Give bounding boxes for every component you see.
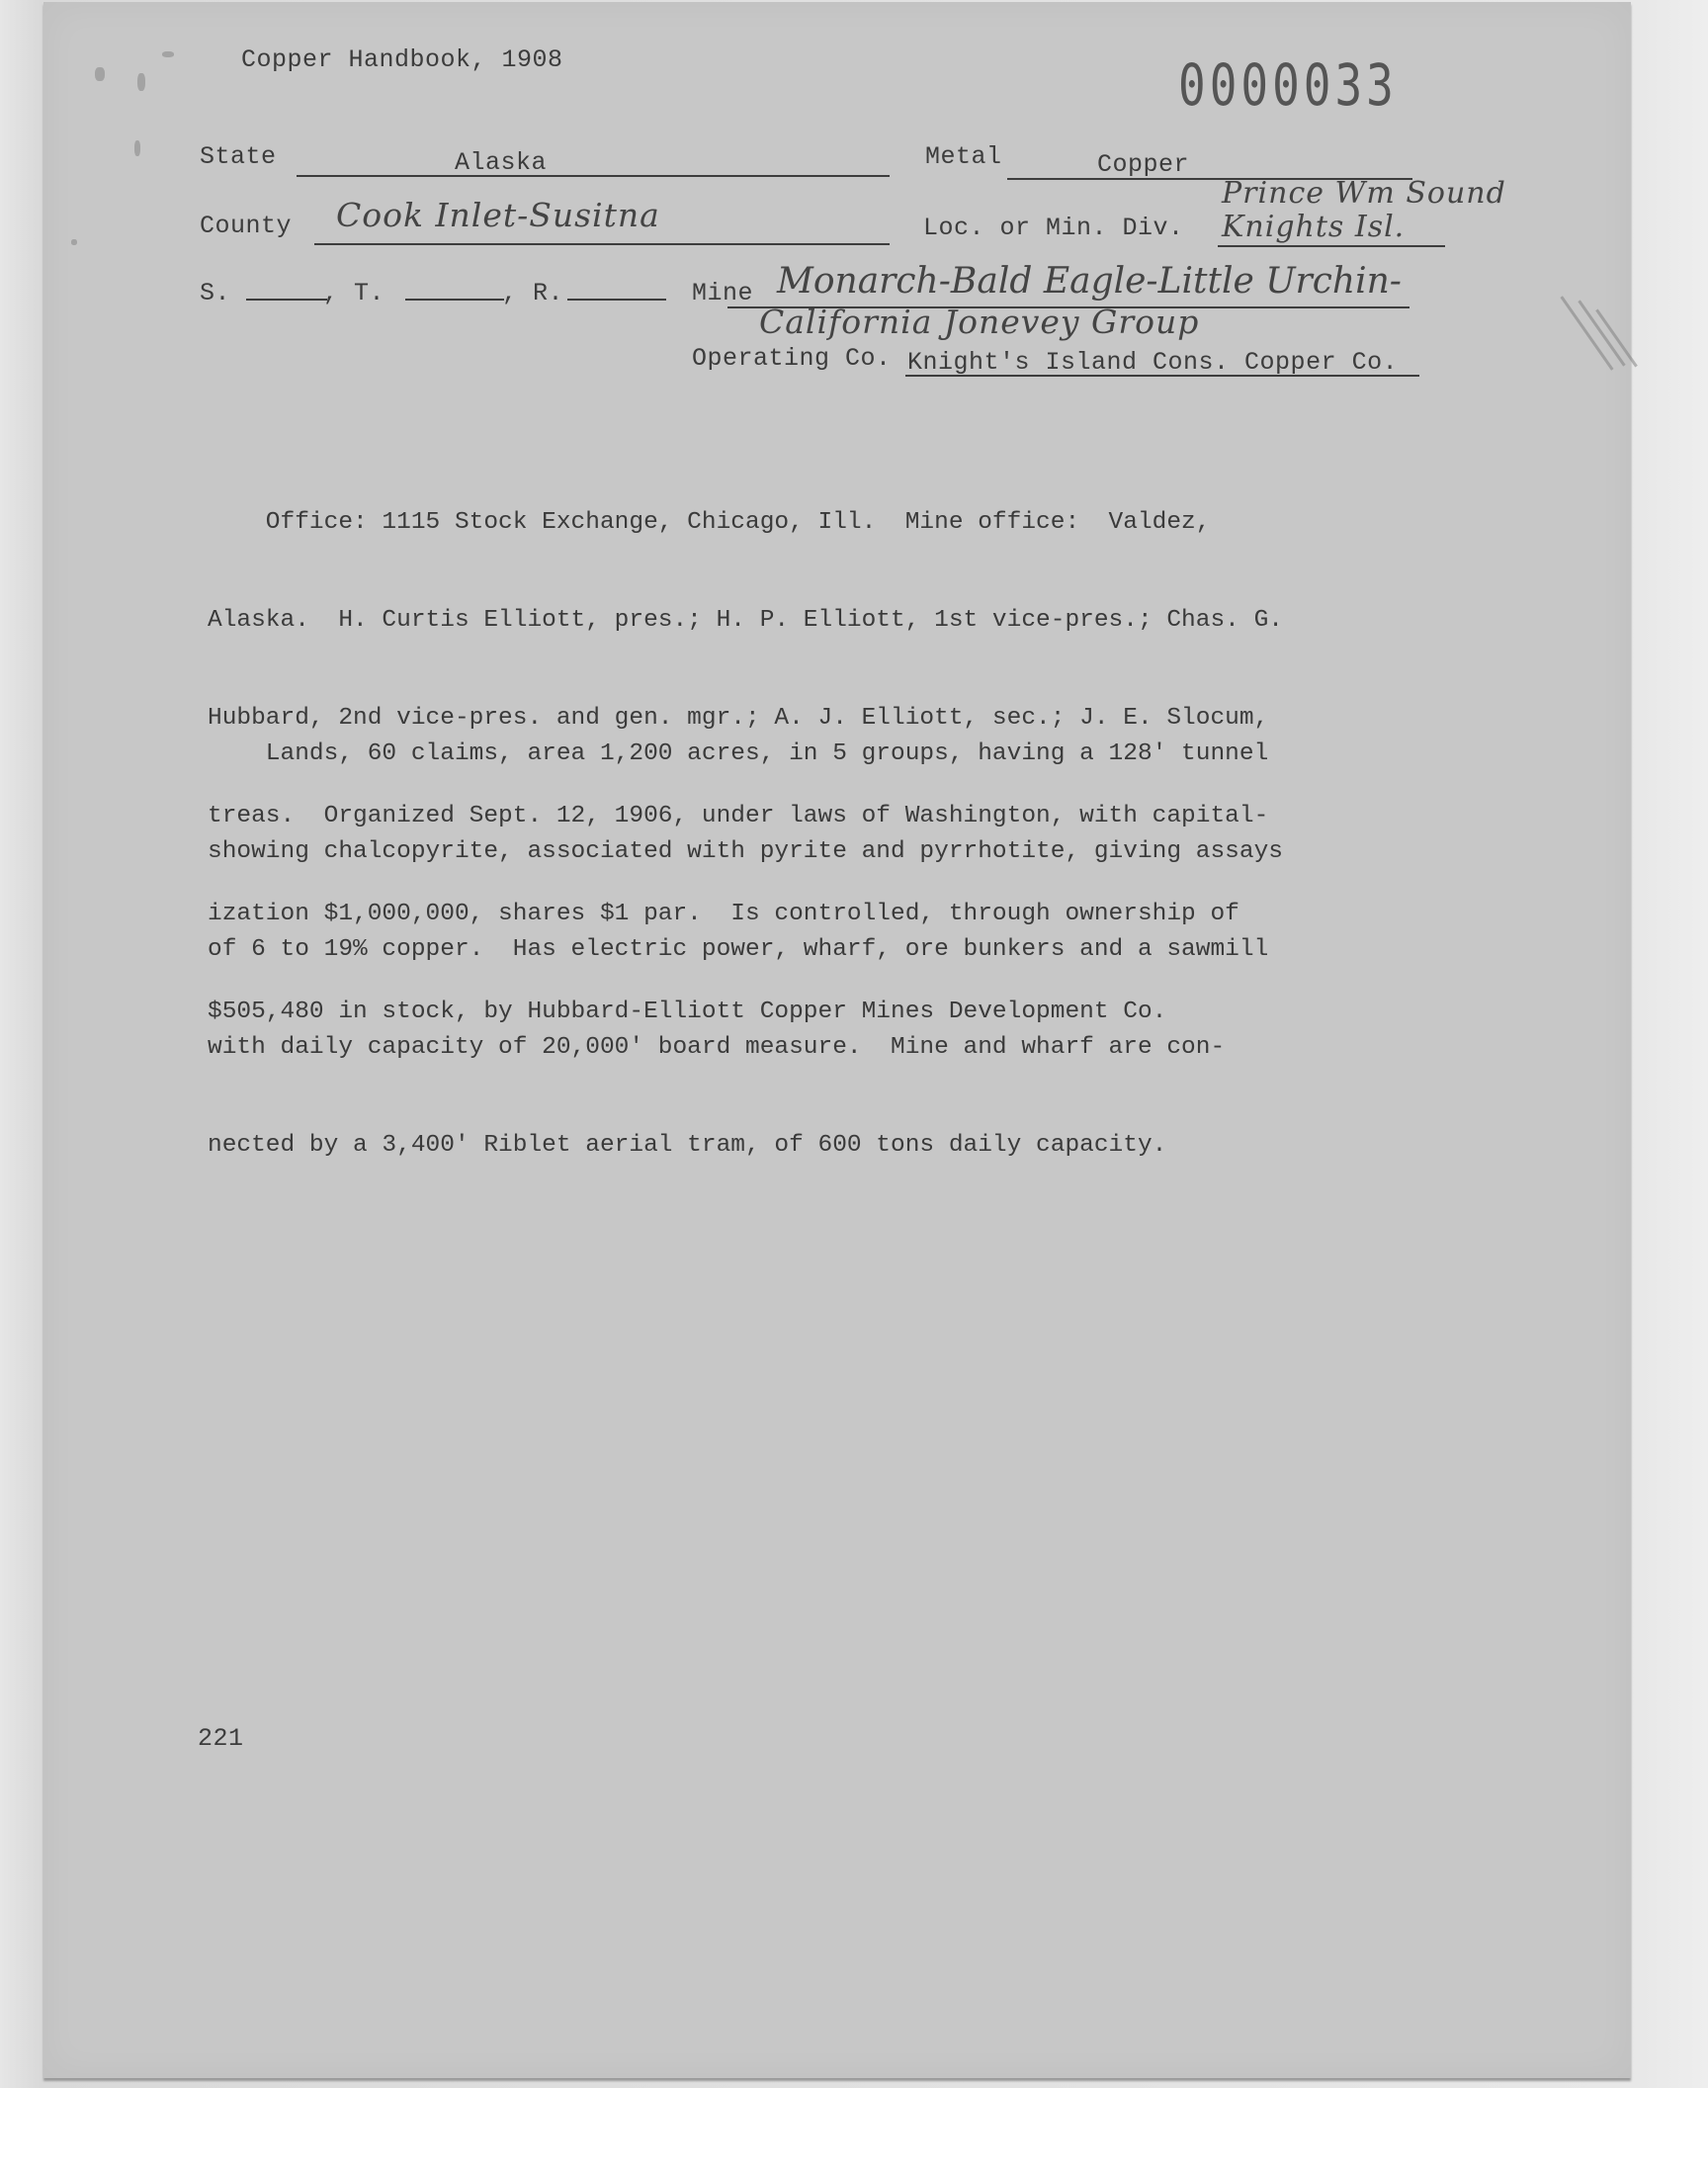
paper-damage-mark <box>162 51 174 57</box>
metal-value: Copper <box>1097 150 1189 179</box>
range-underline <box>567 299 666 301</box>
township-label: , T. <box>323 279 384 307</box>
paper-damage-mark <box>137 73 145 91</box>
state-underline <box>297 175 890 177</box>
operating-company-value: Knight's Island Cons. Copper Co. <box>907 348 1398 377</box>
county-label: County <box>200 212 292 240</box>
location-label: Loc. or Min. Div. <box>923 214 1184 242</box>
section-label: S. <box>200 279 230 307</box>
property-details-paragraph: Lands, 60 claims, area 1,200 acres, in 5… <box>208 672 1433 1227</box>
section-underline <box>246 299 327 301</box>
paragraph-line: nected by a 3,400' Riblet aerial tram, o… <box>208 1129 1433 1162</box>
pencil-streak <box>1560 296 1613 370</box>
document-number-stamp: 0000033 <box>1178 51 1398 119</box>
mine-value-line2: California Jonevey Group <box>759 303 1199 341</box>
paragraph-line: Lands, 60 claims, area 1,200 acres, in 5… <box>208 738 1433 770</box>
location-underline <box>1218 245 1445 247</box>
source-title: Copper Handbook, 1908 <box>241 45 563 74</box>
paper-damage-mark <box>95 67 105 81</box>
paragraph-line: showing chalcopyrite, associated with py… <box>208 835 1433 868</box>
paper-damage-mark <box>71 239 77 245</box>
township-underline <box>405 299 504 301</box>
state-value: Alaska <box>455 148 547 177</box>
operating-company-label: Operating Co. <box>692 344 892 373</box>
page-number: 221 <box>198 1724 244 1753</box>
location-value-line2: Knights Isl. <box>1222 210 1405 244</box>
document-page: Copper Handbook, 1908 0000033 State Alas… <box>43 2 1631 2078</box>
mine-value-line1: Monarch-Bald Eagle-Little Urchin- <box>777 261 1402 302</box>
mine-label: Mine <box>692 279 753 307</box>
paragraph-line: with daily capacity of 20,000' board mea… <box>208 1031 1433 1064</box>
paragraph-line: of 6 to 19% copper. Has electric power, … <box>208 933 1433 966</box>
state-label: State <box>200 142 277 171</box>
location-value-line1: Prince Wm Sound <box>1222 176 1506 211</box>
paragraph-line: Office: 1115 Stock Exchange, Chicago, Il… <box>208 506 1433 539</box>
paper-damage-mark <box>134 140 140 156</box>
county-value: Cook Inlet-Susitna <box>336 196 660 234</box>
county-underline <box>314 243 890 245</box>
range-label: , R. <box>502 279 563 307</box>
paragraph-line: Alaska. H. Curtis Elliott, pres.; H. P. … <box>208 604 1433 637</box>
metal-label: Metal <box>925 142 1002 171</box>
